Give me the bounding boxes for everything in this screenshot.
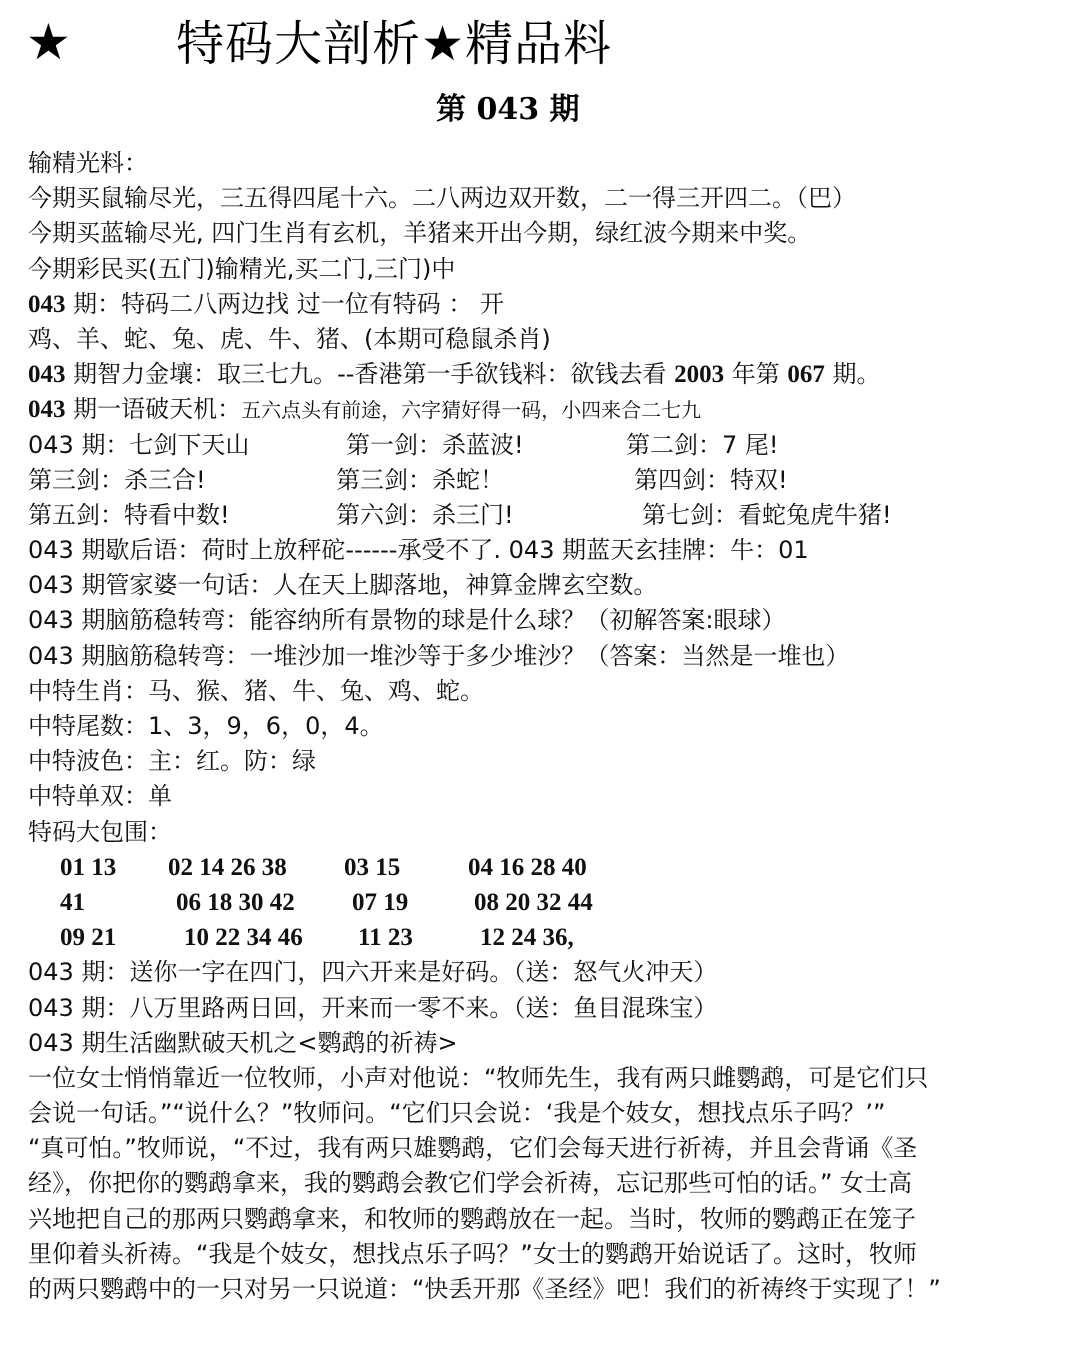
story-line: 一位女士悄悄靠近一位牧师，小声对他说：“牧师先生，我有两只雌鹦鹉，可是它们只 (28, 1061, 1058, 1096)
story-line: 经》，你把你的鹦鹉拿来，我的鹦鹉会教它们学会祈祷，忘记那些可怕的话。” 女士高 (28, 1166, 1058, 1201)
number-group: 12 24 36, (480, 920, 574, 955)
number-group: 01 13 (60, 850, 116, 885)
odd-even-pick: 中特单双：单 (28, 779, 1058, 814)
number-group: 10 22 34 46 (184, 920, 303, 955)
number-row: 01 13 02 14 26 38 03 15 04 16 28 40 (28, 850, 1058, 885)
number-row: 41 06 18 30 42 07 19 08 20 32 44 (28, 885, 1058, 920)
story-line: 的两只鹦鹉中的一只对另一只说道：“快丢开那《圣经》吧！我们的祈祷终于实现了！” (28, 1272, 1058, 1307)
number-group: 02 14 26 38 (168, 850, 287, 885)
riddle-line: 043 期歇后语：荷时上放秤砣------承受不了. 043 期蓝天玄挂牌：牛：… (28, 533, 1058, 568)
sword-item: 第六剑：杀三门! (336, 498, 514, 533)
sword-item: 第四剑：特双! (634, 463, 788, 498)
text-line: 043 期智力金壤：取三七九。--香港第一手欲钱料：欲钱去看 2003 年第 0… (28, 357, 1058, 392)
riddle-line: 043 期管家婆一句话：人在天上脚落地，神算金牌玄空数。 (28, 568, 1058, 603)
story-line: 里仰着头祈祷。“我是个妓女，想找点乐子吗？”女士的鹦鹉开始说话了。这时，牧师 (28, 1237, 1058, 1272)
star-icon: ★ (26, 14, 71, 70)
number-group: 08 20 32 44 (474, 885, 593, 920)
issue-prefix: 043 (28, 291, 66, 318)
text-line: 鸡、羊、蛇、兔、虎、牛、猪、(本期可稳鼠杀肖) (28, 322, 1058, 357)
text-line: 043 期一语破天机：五六点头有前途，六字猜好得一码，小四来合二七九 (28, 392, 1058, 427)
extra-line: 043 期：送你一字在四门，四六开来是好码。（送：怒气火冲天） (28, 955, 1058, 990)
text-span: 期智力金壤：取三七九。--香港第一手欲钱料：欲钱去看 (66, 360, 675, 388)
text-span: 五六点头有前途，六字猜好得一码，小四来合二七九 (241, 398, 701, 422)
sword-item: 第七剑：看蛇兔虎牛猪! (642, 498, 892, 533)
range-label: 特码大包围： (28, 815, 1058, 850)
sword-item: 第三剑：杀蛇！ (336, 463, 504, 498)
color-pick: 中特波色：主：红。防：绿 (28, 744, 1058, 779)
issue-prefix: 043 (28, 361, 66, 388)
text-span: 年第 (724, 360, 787, 388)
number-group: 41 (60, 885, 85, 920)
sword-item: 第一剑：杀蓝波! (346, 428, 524, 463)
number-group: 06 18 30 42 (176, 885, 295, 920)
text-line: 今期买蓝输尽光, 四门生肖有玄机，羊猪来开出今期，绿红波今期来中奖。 (28, 216, 1058, 251)
text-span: 期。 (825, 360, 881, 388)
tail-pick: 中特尾数：1、3，9，6，0，4。 (28, 709, 1058, 744)
number-group: 07 19 (352, 885, 408, 920)
year: 2003 (674, 361, 724, 388)
number-row: 09 21 10 22 34 46 11 23 12 24 36, (28, 920, 1058, 955)
sword-item: 第三剑：杀三合! (28, 463, 206, 498)
number-group: 04 16 28 40 (468, 850, 587, 885)
story-title: 043 期生活幽默破天机之<鹦鹉的祈祷> (28, 1026, 1058, 1061)
page-title: 特码大剖析★精品料 (176, 14, 612, 74)
swords-row: 043 期：七剑下天山 第一剑：杀蓝波! 第二剑：7 尾! (28, 428, 1058, 463)
story-line: “真可怕。”牧师说，“不过，我有两只雄鹦鹉，它们会每天进行祈祷，并且会背诵《圣 (28, 1131, 1058, 1166)
section-heading: 输精光料： (28, 146, 1058, 181)
text-line: 今期买鼠输尽光，三五得四尾十六。二八两边双开数，二一得三开四二。（巴） (28, 181, 1058, 216)
issue-prefix: 043 (28, 396, 66, 423)
story-line: 会说一句话。”“说什么？”牧师问。“它们只会说：‘我是个妓女，想找点乐子吗？’” (28, 1096, 1058, 1131)
document-body: 输精光料： 今期买鼠输尽光，三五得四尾十六。二八两边双开数，二一得三开四二。（巴… (28, 146, 1058, 1307)
riddle-line: 043 期脑筋稳转弯：能容纳所有景物的球是什么球？（初解答案:眼球） (28, 603, 1058, 638)
number-group: 11 23 (358, 920, 413, 955)
number-group: 09 21 (60, 920, 116, 955)
text-line: 043 期：特码二八两边找 过一位有特码 ： 开 (28, 287, 1058, 322)
riddle-line: 043 期脑筋稳转弯：一堆沙加一堆沙等于多少堆沙？（答案：当然是一堆也） (28, 639, 1058, 674)
sword-item: 第五剑：特看中数! (28, 498, 230, 533)
issue-ref: 067 (787, 361, 825, 388)
story-line: 兴地把自己的那两只鹦鹉拿来，和牧师的鹦鹉放在一起。当时，牧师的鹦鹉正在笼子 (28, 1202, 1058, 1237)
swords-row: 第三剑：杀三合! 第三剑：杀蛇！ 第四剑：特双! (28, 463, 1058, 498)
text-line: 今期彩民买(五门)输精光,买二门,三门)中 (28, 252, 1058, 287)
text-span: 期一语破天机： (66, 395, 242, 423)
swords-row: 第五剑：特看中数! 第六剑：杀三门! 第七剑：看蛇兔虎牛猪! (28, 498, 1058, 533)
number-group: 03 15 (344, 850, 400, 885)
sword-item: 第二剑：7 尾! (626, 428, 779, 463)
text-span: 期：特码二八两边找 过一位有特码 ： 开 (66, 290, 505, 318)
zodiac-pick: 中特生肖：马、猴、猪、牛、兔、鸡、蛇。 (28, 674, 1058, 709)
issue-number: 第 043 期 (436, 90, 580, 130)
sword-item: 043 期：七剑下天山 (28, 428, 249, 463)
extra-line: 043 期：八万里路两日回，开来而一零不来。（送：鱼目混珠宝） (28, 991, 1058, 1026)
